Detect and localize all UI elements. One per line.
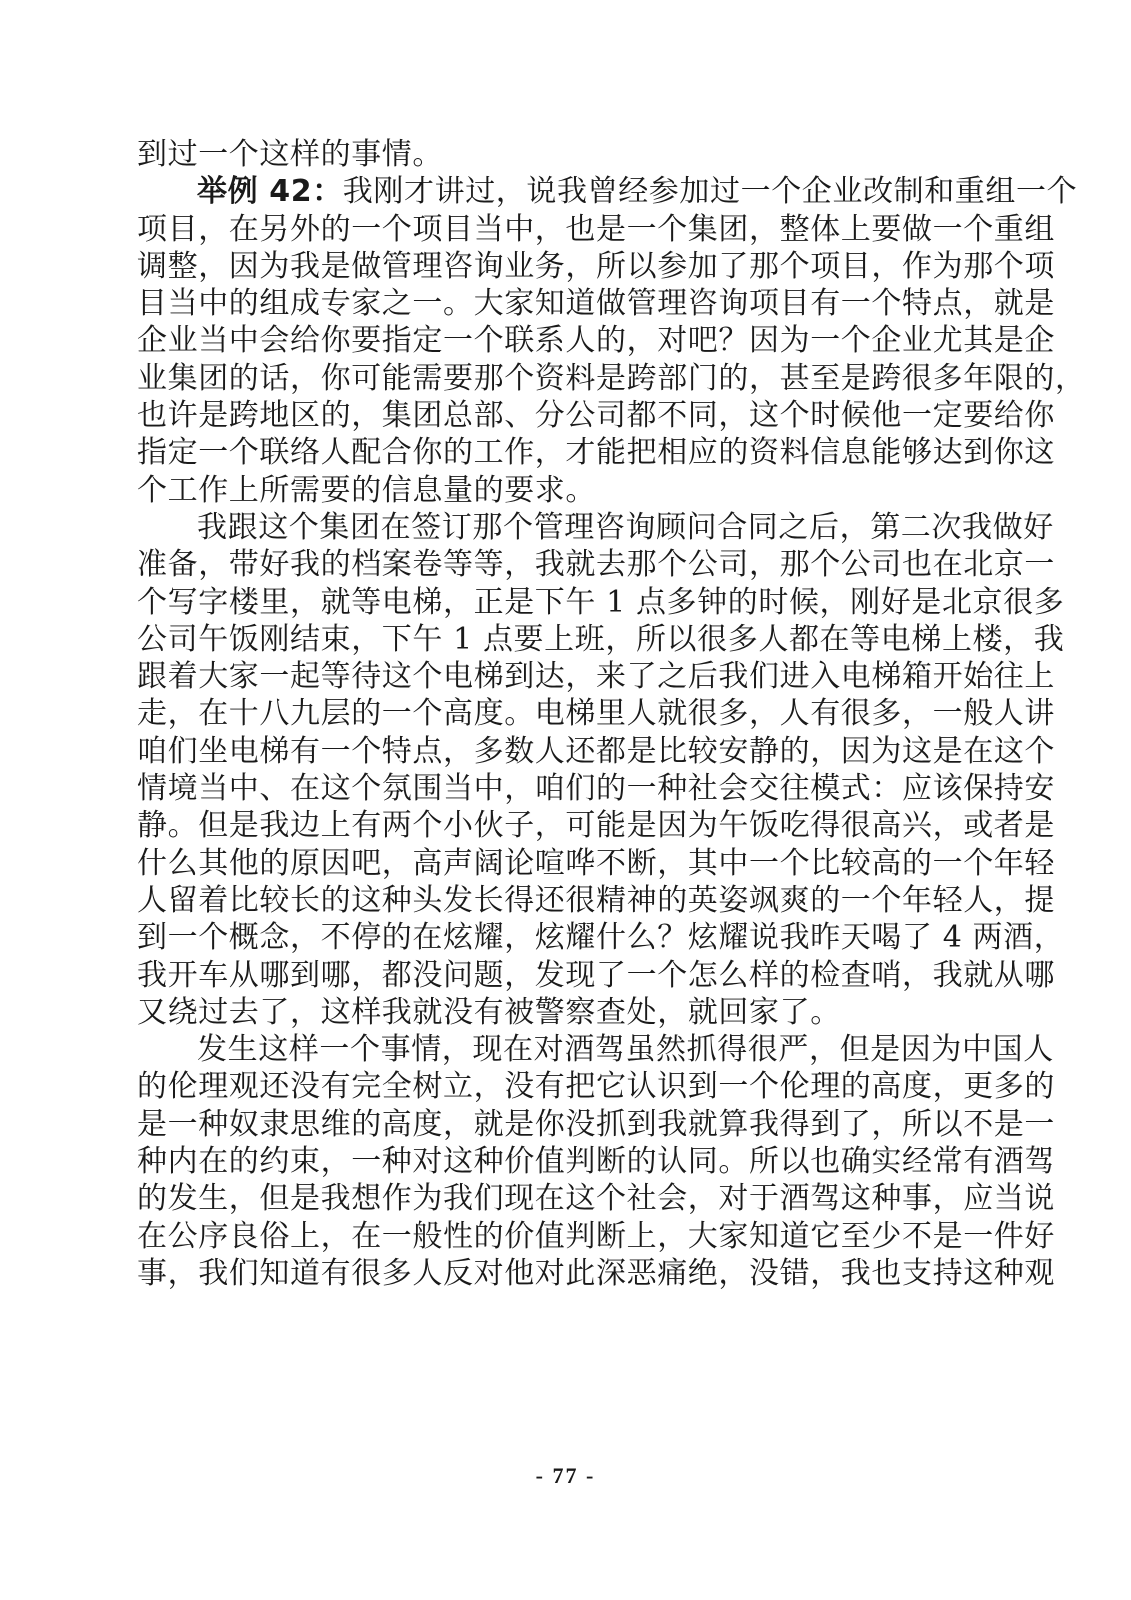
text-line: 也许是跨地区的，集团总部、分公司都不同，这个时候他一定要给你 (137, 397, 977, 434)
text-line: 业集团的话，你可能需要那个资料是跨部门的，甚至是跨很多年限的， (137, 360, 977, 397)
paragraph-2-line-10: 人留着比较长的这种头发长得还很精神的英姿飒爽的一个年轻人，提 (137, 882, 977, 919)
paragraph-0-line-0: 到过一个这样的事情。 (137, 136, 443, 173)
text-line: 情境当中、在这个氛围当中，咱们的一种社会交往模式：应该保持安 (137, 770, 977, 807)
paragraph-3-line-6: 事，我们知道有很多人反对他对此深恶痛绝，没错，我也支持这种观 (137, 1255, 977, 1292)
paragraph-2-line-7: 情境当中、在这个氛围当中，咱们的一种社会交往模式：应该保持安 (137, 770, 977, 807)
paragraph-3-line-4: 的发生，但是我想作为我们现在这个社会，对于酒驾这种事，应当说 (137, 1180, 977, 1217)
text-line: 是一种奴隶思维的高度，就是你没抓到我就算我得到了，所以不是一 (137, 1106, 977, 1143)
text-line: 我跟这个集团在签订那个管理咨询顾问合同之后，第二次我做好 (137, 509, 977, 546)
paragraph-3-line-2: 是一种奴隶思维的高度，就是你没抓到我就算我得到了，所以不是一 (137, 1106, 977, 1143)
text-line: 种内在的约束，一种对这种价值判断的认同。所以也确实经常有酒驾 (137, 1143, 977, 1180)
paragraph-2-line-3: 公司午饭刚结束，下午 1 点要上班，所以很多人都在等电梯上楼，我 (137, 621, 977, 658)
paragraph-1-line-6: 也许是跨地区的，集团总部、分公司都不同，这个时候他一定要给你 (137, 397, 977, 434)
paragraph-2-line-11: 到一个概念，不停的在炫耀，炫耀什么？炫耀说我昨天喝了 4 两酒， (137, 919, 977, 956)
text-line: 静。但是我边上有两个小伙子，可能是因为午饭吃得很高兴，或者是 (137, 807, 977, 844)
paragraph-1-line-7: 指定一个联络人配合你的工作，才能把相应的资料信息能够达到你这 (137, 434, 977, 471)
text-line: 企业当中会给你要指定一个联系人的，对吧？因为一个企业尤其是企 (137, 322, 977, 359)
text-line: 的伦理观还没有完全树立，没有把它认识到一个伦理的高度，更多的 (137, 1068, 977, 1105)
text-line: 又绕过去了，这样我就没有被警察查处，就回家了。 (137, 994, 977, 1031)
text-line: 举例 42：我刚才讲过，说我曾经参加过一个企业改制和重组一个 (137, 173, 977, 210)
paragraph-1-line-4: 企业当中会给你要指定一个联系人的，对吧？因为一个企业尤其是企 (137, 322, 977, 359)
body-text: 到过一个这样的事情。 举例 42：我刚才讲过，说我曾经参加过一个企业改制和重组一… (137, 136, 977, 1292)
paragraph-2-line-0: 我跟这个集团在签订那个管理咨询顾问合同之后，第二次我做好 (197, 509, 977, 546)
text-line: 准备，带好我的档案卷等等，我就去那个公司，那个公司也在北京一 (137, 546, 977, 583)
document-page: 到过一个这样的事情。 举例 42：我刚才讲过，说我曾经参加过一个企业改制和重组一… (0, 0, 1131, 1600)
text-line: 到过一个这样的事情。 (137, 136, 977, 173)
paragraph-2-line-12: 我开车从哪到哪，都没问题，发现了一个怎么样的检查哨，我就从哪 (137, 957, 977, 994)
text-line: 事，我们知道有很多人反对他对此深恶痛绝，没错，我也支持这种观 (137, 1255, 977, 1292)
paragraph-2-line-6: 咱们坐电梯有一个特点，多数人还都是比较安静的，因为这是在这个 (137, 733, 977, 770)
text-line: 咱们坐电梯有一个特点，多数人还都是比较安静的，因为这是在这个 (137, 733, 977, 770)
text-line: 走，在十八九层的一个高度。电梯里人就很多，人有很多，一般人讲 (137, 695, 977, 732)
paragraph-1-line-8: 个工作上所需要的信息量的要求。 (137, 472, 596, 509)
paragraph-2-line-1: 准备，带好我的档案卷等等，我就去那个公司，那个公司也在北京一 (137, 546, 977, 583)
text-line: 调整，因为我是做管理咨询业务，所以参加了那个项目，作为那个项 (137, 248, 977, 285)
paragraph-2-line-2: 个写字楼里，就等电梯，正是下午 1 点多钟的时候，刚好是北京很多 (137, 584, 977, 621)
text-line: 个写字楼里，就等电梯，正是下午 1 点多钟的时候，刚好是北京很多 (137, 584, 977, 621)
text-line: 项目，在另外的一个项目当中，也是一个集团，整体上要做一个重组 (137, 211, 977, 248)
text-line: 跟着大家一起等待这个电梯到达，来了之后我们进入电梯箱开始往上 (137, 658, 977, 695)
text-line: 什么其他的原因吧，高声阔论喧哗不断，其中一个比较高的一个年轻 (137, 845, 977, 882)
paragraph-1-line-1: 项目，在另外的一个项目当中，也是一个集团，整体上要做一个重组 (137, 211, 977, 248)
text-line: 指定一个联络人配合你的工作，才能把相应的资料信息能够达到你这 (137, 434, 977, 471)
text-line: 个工作上所需要的信息量的要求。 (137, 472, 977, 509)
paragraph-2-line-13: 又绕过去了，这样我就没有被警察查处，就回家了。 (137, 994, 841, 1031)
text-line: 目当中的组成专家之一。大家知道做管理咨询项目有一个特点，就是 (137, 285, 977, 322)
text-line: 人留着比较长的这种头发长得还很精神的英姿飒爽的一个年轻人，提 (137, 882, 977, 919)
text-line: 的发生，但是我想作为我们现在这个社会，对于酒驾这种事，应当说 (137, 1180, 977, 1217)
text-line: 我开车从哪到哪，都没问题，发现了一个怎么样的检查哨，我就从哪 (137, 957, 977, 994)
paragraph-1-line-2: 调整，因为我是做管理咨询业务，所以参加了那个项目，作为那个项 (137, 248, 977, 285)
text-line: 公司午饭刚结束，下午 1 点要上班，所以很多人都在等电梯上楼，我 (137, 621, 977, 658)
paragraph-3-line-3: 种内在的约束，一种对这种价值判断的认同。所以也确实经常有酒驾 (137, 1143, 977, 1180)
paragraph-2-line-4: 跟着大家一起等待这个电梯到达，来了之后我们进入电梯箱开始往上 (137, 658, 977, 695)
text-line: 到一个概念，不停的在炫耀，炫耀什么？炫耀说我昨天喝了 4 两酒， (137, 919, 977, 956)
paragraph-3-line-0: 发生这样一个事情，现在对酒驾虽然抓得很严，但是因为中国人 (197, 1031, 977, 1068)
page-number: - 77 - (0, 1463, 1131, 1489)
text-line: 在公序良俗上，在一般性的价值判断上，大家知道它至少不是一件好 (137, 1218, 977, 1255)
paragraph-2-line-9: 什么其他的原因吧，高声阔论喧哗不断，其中一个比较高的一个年轻 (137, 845, 977, 882)
paragraph-2-line-8: 静。但是我边上有两个小伙子，可能是因为午饭吃得很高兴，或者是 (137, 807, 977, 844)
paragraph-3-line-1: 的伦理观还没有完全树立，没有把它认识到一个伦理的高度，更多的 (137, 1068, 977, 1105)
text-line: 发生这样一个事情，现在对酒驾虽然抓得很严，但是因为中国人 (137, 1031, 977, 1068)
paragraph-2-line-5: 走，在十八九层的一个高度。电梯里人就很多，人有很多，一般人讲 (137, 695, 977, 732)
paragraph-1-line-3: 目当中的组成专家之一。大家知道做管理咨询项目有一个特点，就是 (137, 285, 977, 322)
example-label: 举例 42： (197, 173, 343, 210)
paragraph-1-line-5: 业集团的话，你可能需要那个资料是跨部门的，甚至是跨很多年限的， (137, 360, 977, 397)
paragraph-3-line-5: 在公序良俗上，在一般性的价值判断上，大家知道它至少不是一件好 (137, 1218, 977, 1255)
paragraph-1-line-0: 我刚才讲过，说我曾经参加过一个企业改制和重组一个 (343, 173, 1077, 210)
